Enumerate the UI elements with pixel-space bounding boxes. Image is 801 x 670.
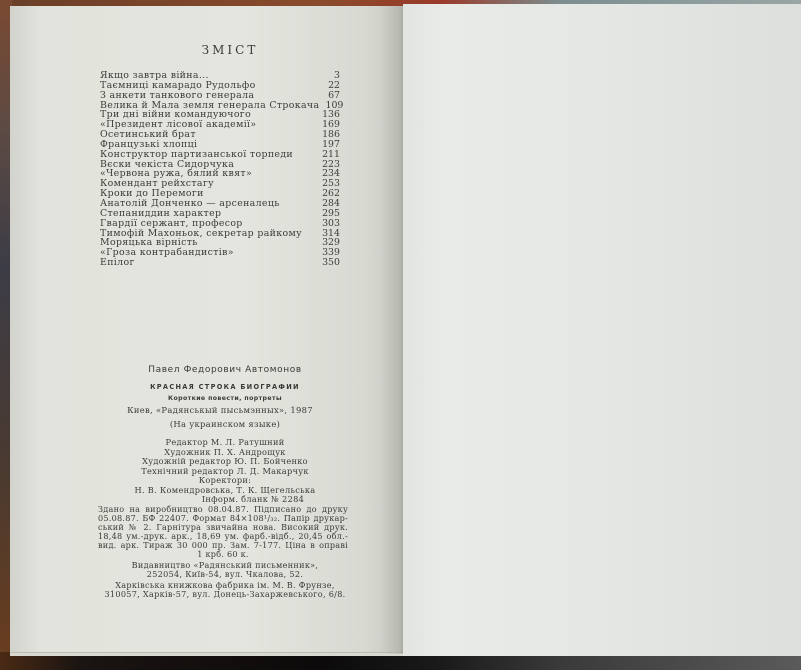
publisher-line: 252054, Київ-54, вул. Чкалова, 52.	[90, 570, 360, 579]
publisher-line: Киев, «Радянськый пысьмэнных», 1987	[100, 405, 340, 415]
book-subtitle: Короткие повести, портреты	[90, 395, 360, 402]
toc-entry-title: Епілог	[100, 258, 135, 268]
toc-entry-page: 350	[316, 258, 340, 268]
factory-line: 310057, Харків-57, вул. Донець-Захаржевс…	[90, 590, 360, 599]
author-name: Павел Федорович Автомонов	[90, 365, 360, 375]
publisher-address: Видавництво «Радянський письменник», 252…	[90, 561, 360, 579]
table-of-contents: Якщо завтра війна...3Таємниці камарадо Р…	[100, 71, 340, 268]
inform-blank: Інформ. бланк № 2284	[118, 494, 388, 504]
toc-heading: ЗМІСТ	[100, 43, 360, 57]
right-page-blank	[403, 4, 801, 656]
book-gutter	[380, 6, 403, 654]
toc-entry: «Гроза контрабандистів»339	[100, 248, 340, 258]
language-note: (На украинском языке)	[90, 419, 360, 429]
printing-factory: Харківська книжкова фабрика ім. М. В. Фр…	[90, 581, 360, 599]
technical-details: Здано на виробництво 08.04.87. Підписано…	[98, 505, 348, 560]
book-title: КРАСНАЯ СТРОКА БИОГРАФИИ	[90, 383, 360, 391]
tech-line: 1 крб. 60 к.	[98, 550, 348, 559]
editorial-staff: Редактор М. Л. Ратушний Художник П. Х. А…	[90, 438, 360, 496]
toc-entry: Епілог350	[100, 258, 340, 268]
